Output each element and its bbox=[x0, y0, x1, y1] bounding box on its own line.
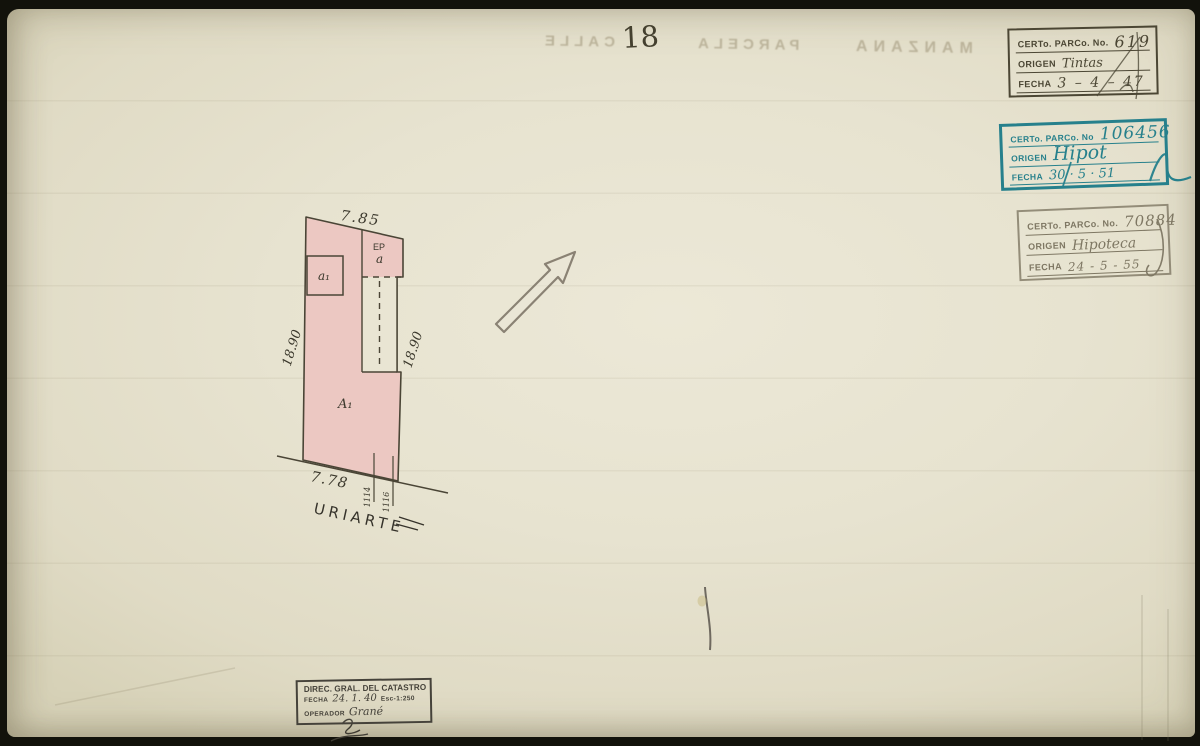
bleedthrough-vertical-line bbox=[1167, 609, 1169, 741]
stamp-fecha-value: 3 – 4 – 47 bbox=[1057, 76, 1145, 90]
stamp-origen-label: ORIGEN bbox=[1018, 60, 1056, 72]
bleedthrough-vertical-line bbox=[1141, 595, 1143, 740]
page-number: 18 bbox=[621, 19, 660, 55]
stamp-origen-value: Tintas bbox=[1062, 58, 1103, 71]
stamp-direccion-catastro: DIREC. GRAL. DEL CATASTRO FECHA 24. 1. 4… bbox=[296, 678, 433, 725]
office-operador-label: OPERADOR bbox=[304, 711, 345, 720]
office-fecha-value: 24. 1. 40 bbox=[332, 694, 377, 704]
stamp-fecha-value: 30 · 5 · 51 bbox=[1049, 168, 1116, 182]
bleedthrough-label-parcela: PARCELA bbox=[693, 35, 800, 54]
scanned-cadastral-card: CALLE PARCELA MANZANA 18 7.85 18.90 18.9… bbox=[0, 0, 1200, 746]
stamp-cert-parco-619: CERTo. PARCo. No.619 ORIGENTintas FECHA3… bbox=[1007, 25, 1158, 97]
ruled-lines-bleedthrough bbox=[7, 9, 1195, 737]
stamp-fecha-value: 24 - 5 - 55 bbox=[1068, 259, 1141, 273]
stamp-origen-label: ORIGEN bbox=[1028, 242, 1066, 255]
stamp-cert-parco-106456: CERTo. PARCo. No106456 ORIGENHipot FECHA… bbox=[999, 118, 1169, 191]
stamp-origen-label: ORIGEN bbox=[1011, 153, 1047, 165]
stamp-no-value: 106456 bbox=[1100, 125, 1171, 143]
office-operador-value: Grané bbox=[349, 706, 383, 716]
office-stamp-title: DIREC. GRAL. DEL CATASTRO bbox=[304, 682, 427, 694]
office-scale: Esc-1:250 bbox=[381, 696, 415, 705]
stamp-fecha-label: FECHA bbox=[1029, 262, 1062, 274]
stamp-fecha-label: FECHA bbox=[1012, 172, 1044, 184]
stamp-fecha-label: FECHA bbox=[1018, 80, 1051, 92]
stamp-no-value: 619 bbox=[1114, 34, 1151, 49]
office-fecha-label: FECHA bbox=[304, 698, 329, 707]
paper-background bbox=[7, 9, 1195, 737]
stamp-no-label: CERTo. PARCo. No. bbox=[1018, 38, 1109, 51]
stamp-origen-value: Hipoteca bbox=[1072, 237, 1137, 252]
stamp-origen-value: Hipot bbox=[1053, 145, 1107, 164]
stamp-no-value: 70884 bbox=[1124, 214, 1177, 230]
bleedthrough-label-manzana: MANZANA bbox=[850, 38, 973, 58]
stamp-cert-parco-70884: CERTo. PARCo. No.70884 ORIGENHipoteca FE… bbox=[1017, 204, 1172, 281]
bleedthrough-label-calle: CALLE bbox=[540, 32, 615, 50]
